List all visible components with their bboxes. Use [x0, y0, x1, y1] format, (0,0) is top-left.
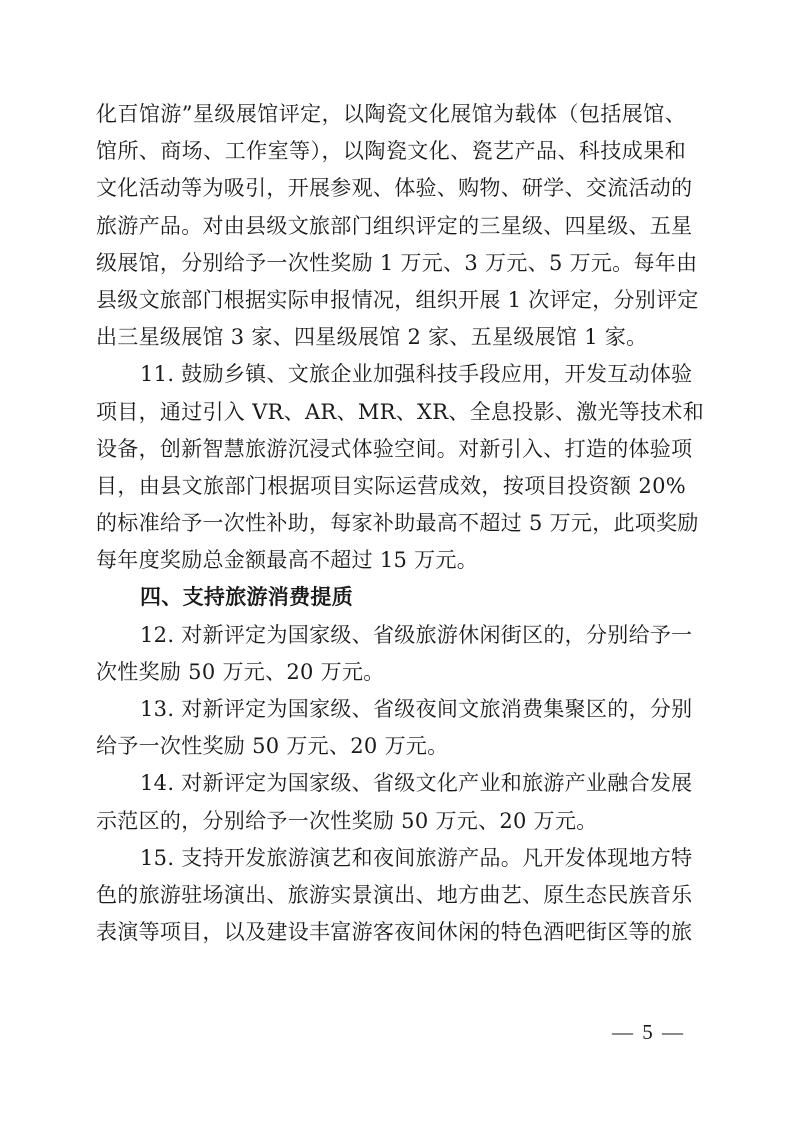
- document-body: 化百馆游”星级展馆评定，以陶瓷文化展馆为载体（包括展馆、 馆所、商场、工作室等）…: [96, 96, 686, 951]
- text-line: 级展馆，分别给予一次性奖励 1 万元、3 万元、5 万元。每年由: [96, 245, 686, 282]
- text-line: 的标准给予一次性补助，每家补助最高不超过 5 万元，此项奖励: [96, 505, 686, 542]
- item-11-start: 11. 鼓励乡镇、文旅企业加强科技手段应用，开发互动体验: [96, 356, 686, 393]
- text-line: 出三星级展馆 3 家、四星级展馆 2 家、五星级展馆 1 家。: [96, 319, 686, 356]
- text-line: 表演等项目，以及建设丰富游客夜间休闲的特色酒吧街区等的旅: [96, 914, 686, 951]
- text-line: 示范区的，分别给予一次性奖励 50 万元、20 万元。: [96, 803, 686, 840]
- text-line: 县级文旅部门根据实际申报情况，组织开展 1 次评定，分别评定: [96, 282, 686, 319]
- text-line: 文化活动等为吸引，开展参观、体验、购物、研学、交流活动的: [96, 170, 686, 207]
- item-12-start: 12. 对新评定为国家级、省级旅游休闲街区的，分别给予一: [96, 617, 686, 654]
- page-number: — 5 —: [612, 1020, 685, 1045]
- text-line: 目，由县文旅部门根据项目实际运营成效，按项目投资额 20%: [96, 468, 686, 505]
- text-line: 项目，通过引入 VR、AR、MR、XR、全息投影、激光等技术和: [96, 394, 686, 431]
- text-line: 馆所、商场、工作室等），以陶瓷文化、瓷艺产品、科技成果和: [96, 133, 686, 170]
- text-line: 旅游产品。对由县级文旅部门组织评定的三星级、四星级、五星: [96, 208, 686, 245]
- text-line: 每年度奖励总金额最高不超过 15 万元。: [96, 542, 686, 579]
- item-14-start: 14. 对新评定为国家级、省级文化产业和旅游产业融合发展: [96, 765, 686, 802]
- item-15-start: 15. 支持开发旅游演艺和夜间旅游产品。凡开发体现地方特: [96, 840, 686, 877]
- text-line: 给予一次性奖励 50 万元、20 万元。: [96, 728, 686, 765]
- item-13-start: 13. 对新评定为国家级、省级夜间文旅消费集聚区的，分别: [96, 691, 686, 728]
- text-line: 化百馆游”星级展馆评定，以陶瓷文化展馆为载体（包括展馆、: [96, 96, 686, 133]
- text-line: 色的旅游驻场演出、旅游实景演出、地方曲艺、原生态民族音乐: [96, 877, 686, 914]
- text-line: 次性奖励 50 万元、20 万元。: [96, 654, 686, 691]
- text-line: 设备，创新智慧旅游沉浸式体验空间。对新引入、打造的体验项: [96, 431, 686, 468]
- section-heading: 四、支持旅游消费提质: [96, 579, 686, 616]
